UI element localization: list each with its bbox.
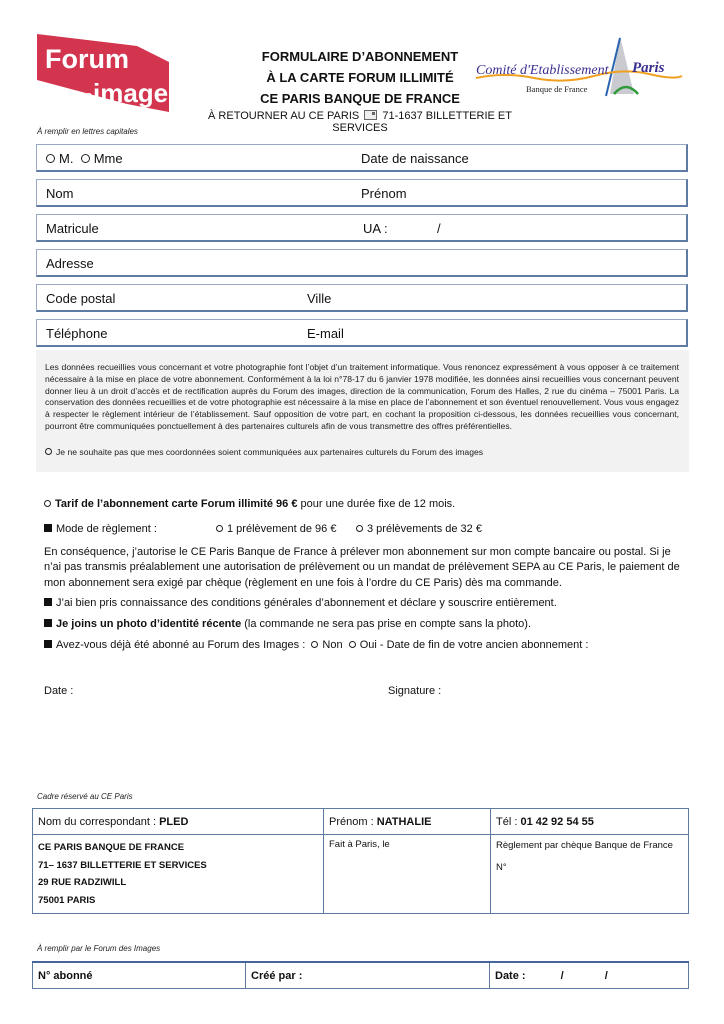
- square-bullet-icon: [44, 640, 52, 648]
- opt-out-label: Je ne souhaite pas que mes coordonnées s…: [56, 447, 483, 457]
- civility-birthdate-row: M. Mme Date de naissance: [36, 144, 688, 172]
- city-field[interactable]: Ville: [307, 291, 331, 306]
- ua-field[interactable]: UA :: [363, 221, 388, 236]
- return-address: À RETOURNER AU CE PARIS 71-1637 BILLETTE…: [180, 110, 540, 134]
- correspondent-cell: Nom du correspondant : PLED: [33, 809, 324, 835]
- opt-out-radio[interactable]: [45, 448, 52, 455]
- fdi-date-cell: Date : / /: [490, 962, 689, 989]
- tariff-radio[interactable]: [44, 500, 51, 507]
- firstname-label: Prénom :: [329, 816, 377, 828]
- previous-question: Avez-vous déjà été abonné au Forum des I…: [56, 639, 305, 651]
- payment-mode-line: Mode de règlement :: [44, 523, 157, 535]
- ua-separator: /: [437, 221, 441, 236]
- postal-code-field[interactable]: Code postal: [46, 291, 115, 306]
- return-prefix: À RETOURNER AU CE PARIS: [208, 110, 359, 122]
- envelope-icon: [364, 110, 377, 120]
- svg-text:Forum: Forum: [45, 44, 129, 74]
- ce-paris-logo: Comité d'Etablissement Paris Banque de F…: [474, 36, 684, 98]
- payment-option-2-label: 3 prélèvements de 32 €: [367, 523, 482, 535]
- postal-city-row: Code postal Ville: [36, 284, 688, 312]
- conditions-line: J’ai bien pris connaissance des conditio…: [44, 597, 557, 609]
- authorization-text: En conséquence, j’autorise le CE Paris B…: [44, 545, 684, 591]
- address-line: 71– 1637 BILLETTERIE ET SERVICES: [38, 857, 318, 875]
- previous-no-radio[interactable]: [311, 641, 318, 648]
- tariff-line: Tarif de l’abonnement carte Forum illimi…: [44, 498, 455, 510]
- cheque-number-label: N°: [496, 857, 683, 879]
- address-row: Adresse: [36, 249, 688, 277]
- tariff-bold: Tarif de l’abonnement carte Forum illimi…: [55, 498, 297, 510]
- payment-option-1[interactable]: 1 prélèvement de 96 €: [216, 523, 336, 535]
- last-name-field[interactable]: Nom: [46, 186, 73, 201]
- done-at-label: Fait à Paris, le: [329, 839, 390, 850]
- fdi-section-caption: À remplir par le Forum des Images: [37, 944, 160, 953]
- subscriber-no-cell: N° abonné: [33, 962, 246, 989]
- ce-section-caption: Cadre réservé au CE Paris: [37, 792, 133, 801]
- photo-rest: (la commande ne sera pas prise en compte…: [241, 618, 531, 630]
- square-bullet-icon: [44, 524, 52, 532]
- payment-note-cell: Règlement par chèque Banque de France N°: [491, 835, 689, 914]
- address-line: 29 RUE RADZIWILL: [38, 874, 318, 892]
- tariff-rest: pour une durée fixe de 12 mois.: [297, 498, 455, 510]
- payment-option-2[interactable]: 3 prélèvements de 32 €: [356, 523, 482, 535]
- square-bullet-icon: [44, 598, 52, 606]
- fdi-date-label: Date :: [495, 970, 526, 982]
- correspondent-label: Nom du correspondant :: [38, 816, 159, 828]
- svg-text:Banque de France: Banque de France: [526, 84, 588, 94]
- signature-label[interactable]: Signature :: [388, 685, 441, 697]
- radio-mme[interactable]: [81, 154, 90, 163]
- address-line: CE PARIS BANQUE DE FRANCE: [38, 839, 318, 857]
- payment-note: Règlement par chèque Banque de France: [496, 835, 683, 857]
- firstname-value: NATHALIE: [377, 816, 432, 828]
- fdi-reserved-table: N° abonné Créé par : Date : / /: [32, 961, 689, 989]
- phone-label: Tél :: [496, 816, 520, 828]
- ce-reserved-table: Nom du correspondant : PLED Prénom : NAT…: [32, 808, 689, 914]
- conditions-text: J’ai bien pris connaissance des conditio…: [56, 597, 557, 609]
- correspondent-value: PLED: [159, 816, 188, 828]
- photo-bold: Je joins un photo d’identité récente: [56, 618, 241, 630]
- name-row: Nom Prénom: [36, 179, 688, 207]
- address-field[interactable]: Adresse: [46, 256, 94, 271]
- ce-address-cell: CE PARIS BANQUE DE FRANCE 71– 1637 BILLE…: [33, 835, 324, 914]
- privacy-opt-out: Je ne souhaite pas que mes coordonnées s…: [45, 447, 679, 459]
- svg-text:Paris: Paris: [632, 60, 665, 76]
- phone-email-row: Téléphone E-mail: [36, 319, 688, 347]
- done-at-cell: Fait à Paris, le: [324, 835, 491, 914]
- svg-text:images: images: [93, 78, 169, 108]
- first-name-field[interactable]: Prénom: [361, 186, 407, 201]
- previous-yes-radio[interactable]: [349, 641, 356, 648]
- return-suffix: 71-1637 BILLETTERIE ET SERVICES: [332, 110, 512, 134]
- forum-des-images-logo: Forum des images: [37, 34, 169, 112]
- photo-line: Je joins un photo d’identité récente (la…: [44, 618, 531, 630]
- address-line: 75001 PARIS: [38, 892, 318, 910]
- privacy-text: Les données recueillies vous concernant …: [45, 362, 679, 433]
- svg-text:Comité d'Etablissement: Comité d'Etablissement: [476, 63, 610, 78]
- svg-text:des: des: [71, 88, 92, 103]
- email-field[interactable]: E-mail: [307, 326, 344, 341]
- payment-label: Mode de règlement :: [56, 523, 157, 535]
- phone-cell: Tél : 01 42 92 54 55: [491, 809, 689, 835]
- square-bullet-icon: [44, 619, 52, 627]
- matricule-row: Matricule UA : /: [36, 214, 688, 242]
- date-label[interactable]: Date :: [44, 685, 73, 697]
- payment-option-2-radio[interactable]: [356, 525, 363, 532]
- created-by-cell: Créé par :: [246, 962, 490, 989]
- firstname-cell: Prénom : NATHALIE: [324, 809, 491, 835]
- payment-option-1-radio[interactable]: [216, 525, 223, 532]
- privacy-notice: Les données recueillies vous concernant …: [36, 350, 689, 472]
- previous-yes-label: Oui - Date de fin de votre ancien abonne…: [360, 639, 589, 651]
- civility-m-label: M.: [59, 151, 73, 166]
- matricule-field[interactable]: Matricule: [46, 221, 99, 236]
- civility-group: M. Mme: [46, 151, 123, 166]
- previous-no-label: Non: [322, 639, 342, 651]
- radio-m[interactable]: [46, 154, 55, 163]
- payment-option-1-label: 1 prélèvement de 96 €: [227, 523, 336, 535]
- birth-date-field[interactable]: Date de naissance: [361, 151, 469, 166]
- phone-value: 01 42 92 54 55: [520, 816, 593, 828]
- date-separator: /: [605, 970, 608, 982]
- previous-subscription-line: Avez-vous déjà été abonné au Forum des I…: [44, 639, 588, 651]
- fill-caps-instruction: À remplir en lettres capitales: [37, 127, 138, 136]
- civility-mme-label: Mme: [94, 151, 123, 166]
- date-separator: /: [561, 970, 564, 982]
- phone-field[interactable]: Téléphone: [46, 326, 107, 341]
